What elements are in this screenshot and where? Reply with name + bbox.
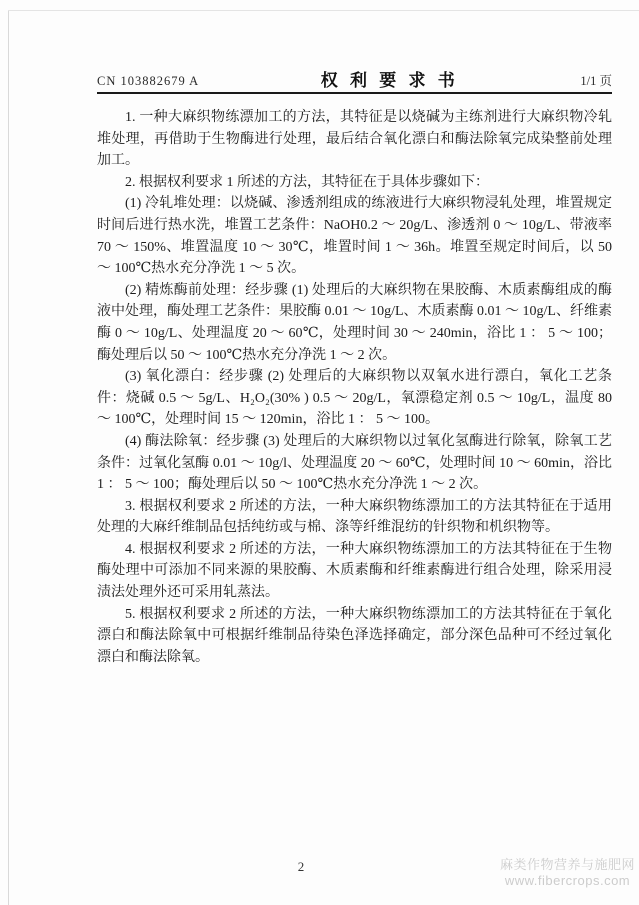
claim-2-step-3: (3) 氧化漂白：经步骤 (2) 处理后的大麻织物以双氧水进行漂白，氧化工艺条件…	[97, 366, 612, 431]
page-header: CN 103882679 A 权 利 要 求 书 1/1 页	[97, 66, 612, 91]
footer-page-number: 2	[281, 859, 321, 875]
watermark-site-url: www.fibercrops.com	[500, 873, 635, 889]
page-title: 权 利 要 求 书	[321, 66, 459, 91]
claim-2-step-2: (2) 精炼酶前处理：经步骤 (1) 处理后的大麻织物在果胶酶、木质素酶组成的酶…	[97, 280, 612, 366]
claim-3: 3. 根据权利要求 2 所述的方法，一种大麻织物练漂加工的方法其特征在于适用处理…	[97, 496, 612, 539]
scan-edge-top	[8, 10, 639, 11]
claim-4: 4. 根据权利要求 2 所述的方法，一种大麻织物练漂加工的方法其特征在于生物酶处…	[97, 539, 612, 604]
claim-2-step-4: (4) 酶法除氧：经步骤 (3) 处理后的大麻织物以过氧化氢酶进行除氧，除氧工艺…	[97, 431, 612, 496]
claim-2-intro: 2. 根据权利要求 1 所述的方法，其特征在于具体步骤如下：	[97, 172, 612, 194]
patent-claims-page: CN 103882679 A 权 利 要 求 书 1/1 页 1. 一种大麻织物…	[0, 0, 639, 905]
header-divider	[97, 92, 612, 94]
claims-body: 1. 一种大麻织物练漂加工的方法，其特征是以烧碱为主练剂进行大麻织物冷轧堆处理，…	[97, 107, 612, 668]
scan-edge-left	[8, 10, 9, 905]
watermark: 麻类作物营养与施肥网 www.fibercrops.com	[500, 857, 635, 888]
watermark-site-name: 麻类作物营养与施肥网	[500, 857, 635, 873]
document-number: CN 103882679 A	[97, 74, 199, 91]
claim-2-step-1: (1) 冷轧堆处理：以烧碱、渗透剂组成的练液进行大麻织物浸轧处理，堆置规定时间后…	[97, 193, 612, 279]
page-indicator: 1/1 页	[580, 71, 612, 91]
claim-1: 1. 一种大麻织物练漂加工的方法，其特征是以烧碱为主练剂进行大麻织物冷轧堆处理，…	[97, 107, 612, 172]
claim-5: 5. 根据权利要求 2 所述的方法，一种大麻织物练漂加工的方法其特征在于氧化漂白…	[97, 604, 612, 669]
